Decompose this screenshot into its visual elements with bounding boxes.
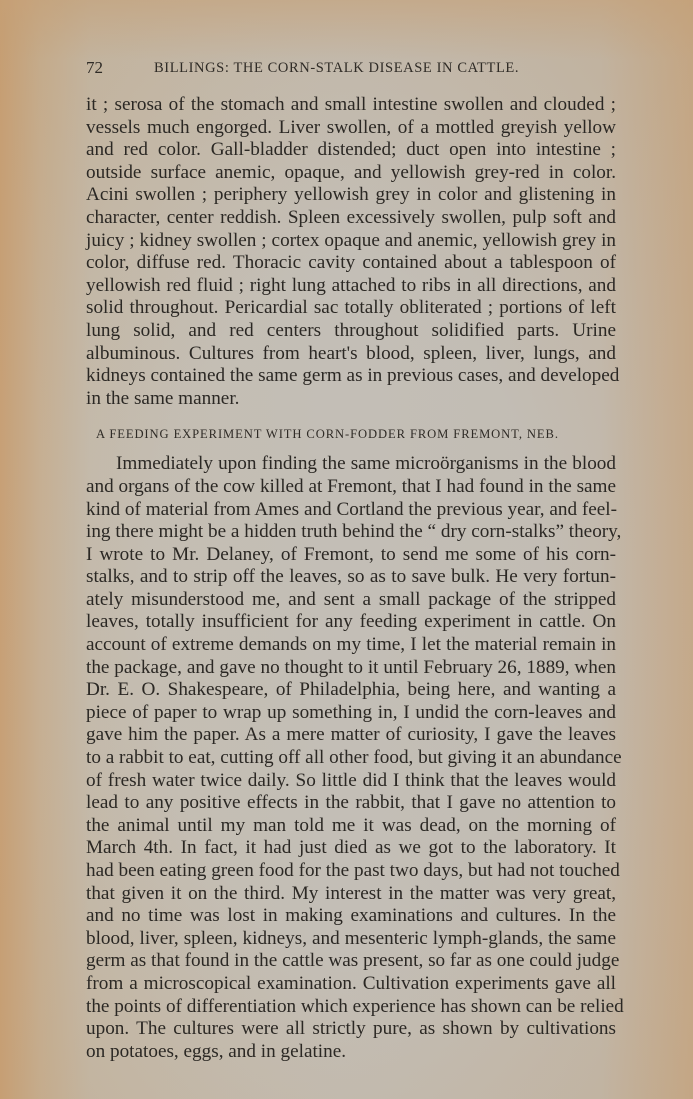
text-line: it ; serosa of the stomach and small int…	[86, 94, 616, 117]
text-line: to a rabbit to eat, cutting off all othe…	[86, 747, 616, 770]
text-line: kidneys contained the same germ as in pr…	[86, 365, 616, 388]
text-line: Immediately upon finding the same microö…	[86, 453, 616, 476]
running-header: 72 BILLINGS: THE CORN-STALK DISEASE IN C…	[86, 58, 616, 80]
text-line: stalks, and to strip off the leaves, so …	[86, 566, 616, 589]
text-line: yellowish red fluid ; right lung attache…	[86, 275, 616, 298]
text-line: gave him the paper. As a mere matter of …	[86, 724, 616, 747]
text-line: March 4th. In fact, it had just died as …	[86, 837, 616, 860]
text-line: and organs of the cow killed at Fremont,…	[86, 476, 616, 499]
text-line: that given it on the third. My interest …	[86, 883, 616, 906]
text-line: and no time was lost in making examinati…	[86, 905, 616, 928]
text-line: had been eating green food for the past …	[86, 860, 616, 883]
text-line: lung solid, and red centers throughout s…	[86, 320, 616, 343]
text-line: the package, and gave no thought to it u…	[86, 657, 616, 680]
text-line: on potatoes, eggs, and in gelatine.	[86, 1041, 616, 1064]
text-line: and red color. Gall-bladder distended; d…	[86, 139, 616, 162]
text-line: of fresh water twice daily. So little di…	[86, 770, 616, 793]
running-title: BILLINGS: THE CORN-STALK DISEASE IN CATT…	[154, 60, 519, 77]
text-line: germ as that found in the cattle was pre…	[86, 950, 616, 973]
paragraph-continued: it ; serosa of the stomach and small int…	[86, 94, 616, 410]
text-line: in the same manner.	[86, 388, 616, 411]
text-line: I wrote to Mr. Delaney, of Fremont, to s…	[86, 544, 616, 567]
text-line: kind of material from Ames and Cortland …	[86, 499, 616, 522]
text-line: outside surface anemic, opaque, and yell…	[86, 162, 616, 185]
text-line: piece of paper to wrap up something in, …	[86, 702, 616, 725]
text-line: ing there might be a hidden truth behind…	[86, 521, 616, 544]
text-line: character, center reddish. Spleen excess…	[86, 207, 616, 230]
section-heading: A FEEDING EXPERIMENT WITH CORN-FODDER FR…	[86, 423, 616, 445]
text-line: leaves, totally insufficient for any fee…	[86, 611, 616, 634]
text-line: solid throughout. Pericardial sac totall…	[86, 297, 616, 320]
text-line: the points of differentiation which expe…	[86, 996, 616, 1019]
text-line: ately misunderstood me, and sent a small…	[86, 589, 616, 612]
text-line: vessels much engorged. Liver swollen, of…	[86, 117, 616, 140]
text-line: the animal until my man told me it was d…	[86, 815, 616, 838]
text-line: Dr. E. O. Shakespeare, of Philadelphia, …	[86, 679, 616, 702]
text-line: blood, liver, spleen, kidneys, and mesen…	[86, 928, 616, 951]
text-line: color, diffuse red. Thoracic cavity cont…	[86, 252, 616, 275]
paragraph-feeding-experiment: Immediately upon finding the same microö…	[86, 453, 616, 1063]
paper-stain	[0, 0, 693, 60]
text-line: juicy ; kidney swollen ; cortex opaque a…	[86, 230, 616, 253]
page-number: 72	[86, 58, 103, 78]
body-text: it ; serosa of the stomach and small int…	[86, 94, 616, 1063]
text-line: Acini swollen ; periphery yellowish grey…	[86, 184, 616, 207]
text-line: upon. The cultures were all strictly pur…	[86, 1018, 616, 1041]
text-line: from a microscopical examination. Cultiv…	[86, 973, 616, 996]
text-line: albuminous. Cultures from heart's blood,…	[86, 343, 616, 366]
text-line: account of extreme demands on my time, I…	[86, 634, 616, 657]
text-line: lead to any positive effects in the rabb…	[86, 792, 616, 815]
